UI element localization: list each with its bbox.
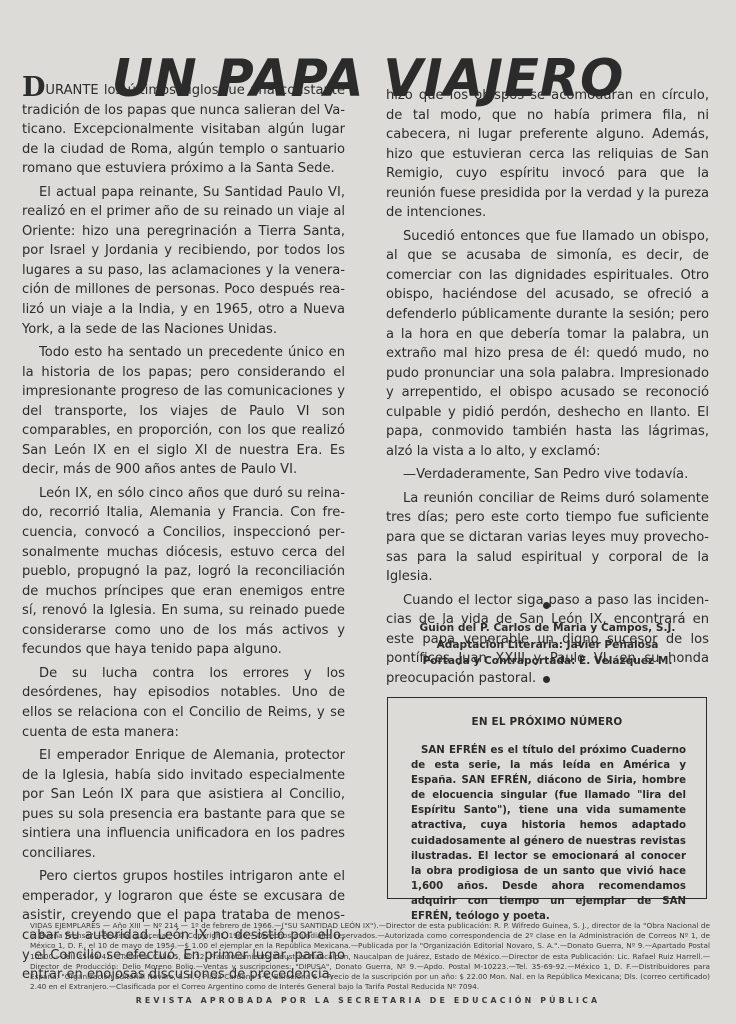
paragraph: El emperador Enrique de Alemania, protec… <box>22 746 345 863</box>
paragraph: De su lucha contra los errores y los des… <box>22 664 345 742</box>
magazine-page: UN PAPA VIAJERO DURANTE los últimos sigl… <box>0 0 736 1024</box>
credit-script: Guión del P. Carlos de Maria y Campos, S… <box>386 620 709 637</box>
imprint-legal-text: VIDAS EJEMPLARES — Año XIII — Nº 214 — 1… <box>30 921 710 992</box>
paragraph: León IX, en sólo cinco años que duró su … <box>22 484 345 660</box>
bullet-separator-icon <box>543 676 550 683</box>
paragraph: El actual papa reinante, Su Santidad Pau… <box>22 183 345 339</box>
paragraph: La reunión conciliar de Reims duró solam… <box>386 489 709 587</box>
credit-cover: Portada y Contraportada: E. Velázquez M. <box>386 653 709 670</box>
paragraph: Todo esto ha sentado un precedente único… <box>22 343 345 480</box>
paragraph: Sucedió entonces que fue llamado un obis… <box>386 227 709 462</box>
bullet-separator-icon <box>543 602 550 609</box>
quote-paragraph: —Verdaderamente, San Pedro vive todavía. <box>386 465 709 485</box>
paragraph: DURANTE los últimos siglos fue una const… <box>22 78 345 179</box>
credits: Guión del P. Carlos de Maria y Campos, S… <box>386 620 709 670</box>
next-issue-body: SAN EFRÉN es el título del próximo Cuade… <box>411 743 686 924</box>
next-issue-box: EN EL PRÓXIMO NÚMERO SAN EFRÉN es el tít… <box>387 697 707 899</box>
approval-notice: REVISTA APROBADA POR LA SECRETARIA DE ED… <box>0 996 736 1005</box>
next-issue-heading: EN EL PRÓXIMO NÚMERO <box>388 716 706 728</box>
credit-adaptation: Adaptación Literaria: Javier Peñalosa <box>386 637 709 654</box>
drop-cap: D <box>22 72 45 103</box>
article-left-column: DURANTE los últimos siglos fue una const… <box>22 78 345 989</box>
paragraph: hizo que los obispos se acomodaran en cí… <box>386 86 709 223</box>
